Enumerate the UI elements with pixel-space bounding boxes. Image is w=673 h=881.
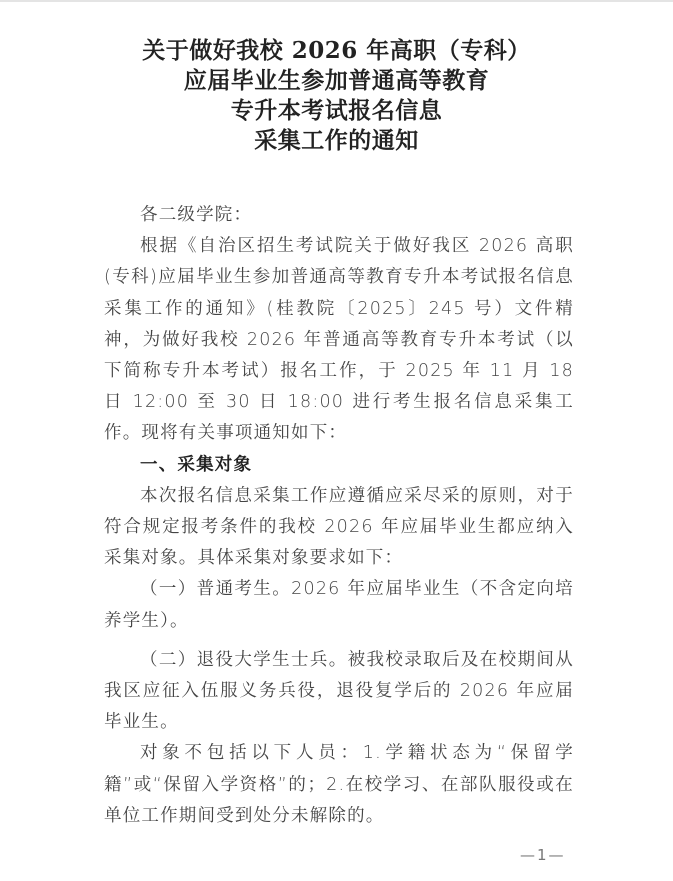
document-body: 各二级学院： 根据《自治区招生考试院关于做好我区 2026 高职(专科)应届毕业…	[104, 200, 574, 832]
section-1-item-1: （一）普通考生。2026 年应届毕业生（不含定向培养学生）。	[104, 574, 574, 636]
page-number: —1—	[520, 846, 566, 864]
title-line-4: 采集工作的通知	[0, 126, 673, 156]
section-heading-1: 一、采集对象	[104, 450, 574, 481]
salutation: 各二级学院：	[104, 200, 574, 231]
section-1-intro: 本次报名信息采集工作应遵循应采尽采的原则，对于符合规定报考条件的我校 2026 …	[104, 481, 574, 575]
intro-paragraph: 根据《自治区招生考试院关于做好我区 2026 高职(专科)应届毕业生参加普通高等…	[104, 231, 574, 449]
title-line-2: 应届毕业生参加普通高等教育	[0, 66, 673, 96]
title-line-1: 关于做好我校 2026 年高职（专科）	[0, 36, 673, 66]
top-border	[0, 0, 673, 2]
section-1-item-2: （二）退役大学生士兵。被我校录取后及在校期间从我区应征入伍服义务兵役，退役复学后…	[104, 645, 574, 739]
section-1-exclusions: 对象不包括以下人员：1.学籍状态为“保留学籍”或“保留入学资格”的；2.在校学习…	[104, 738, 574, 832]
document-title: 关于做好我校 2026 年高职（专科） 应届毕业生参加普通高等教育 专升本考试报…	[0, 36, 673, 156]
title-line-3: 专升本考试报名信息	[0, 96, 673, 126]
